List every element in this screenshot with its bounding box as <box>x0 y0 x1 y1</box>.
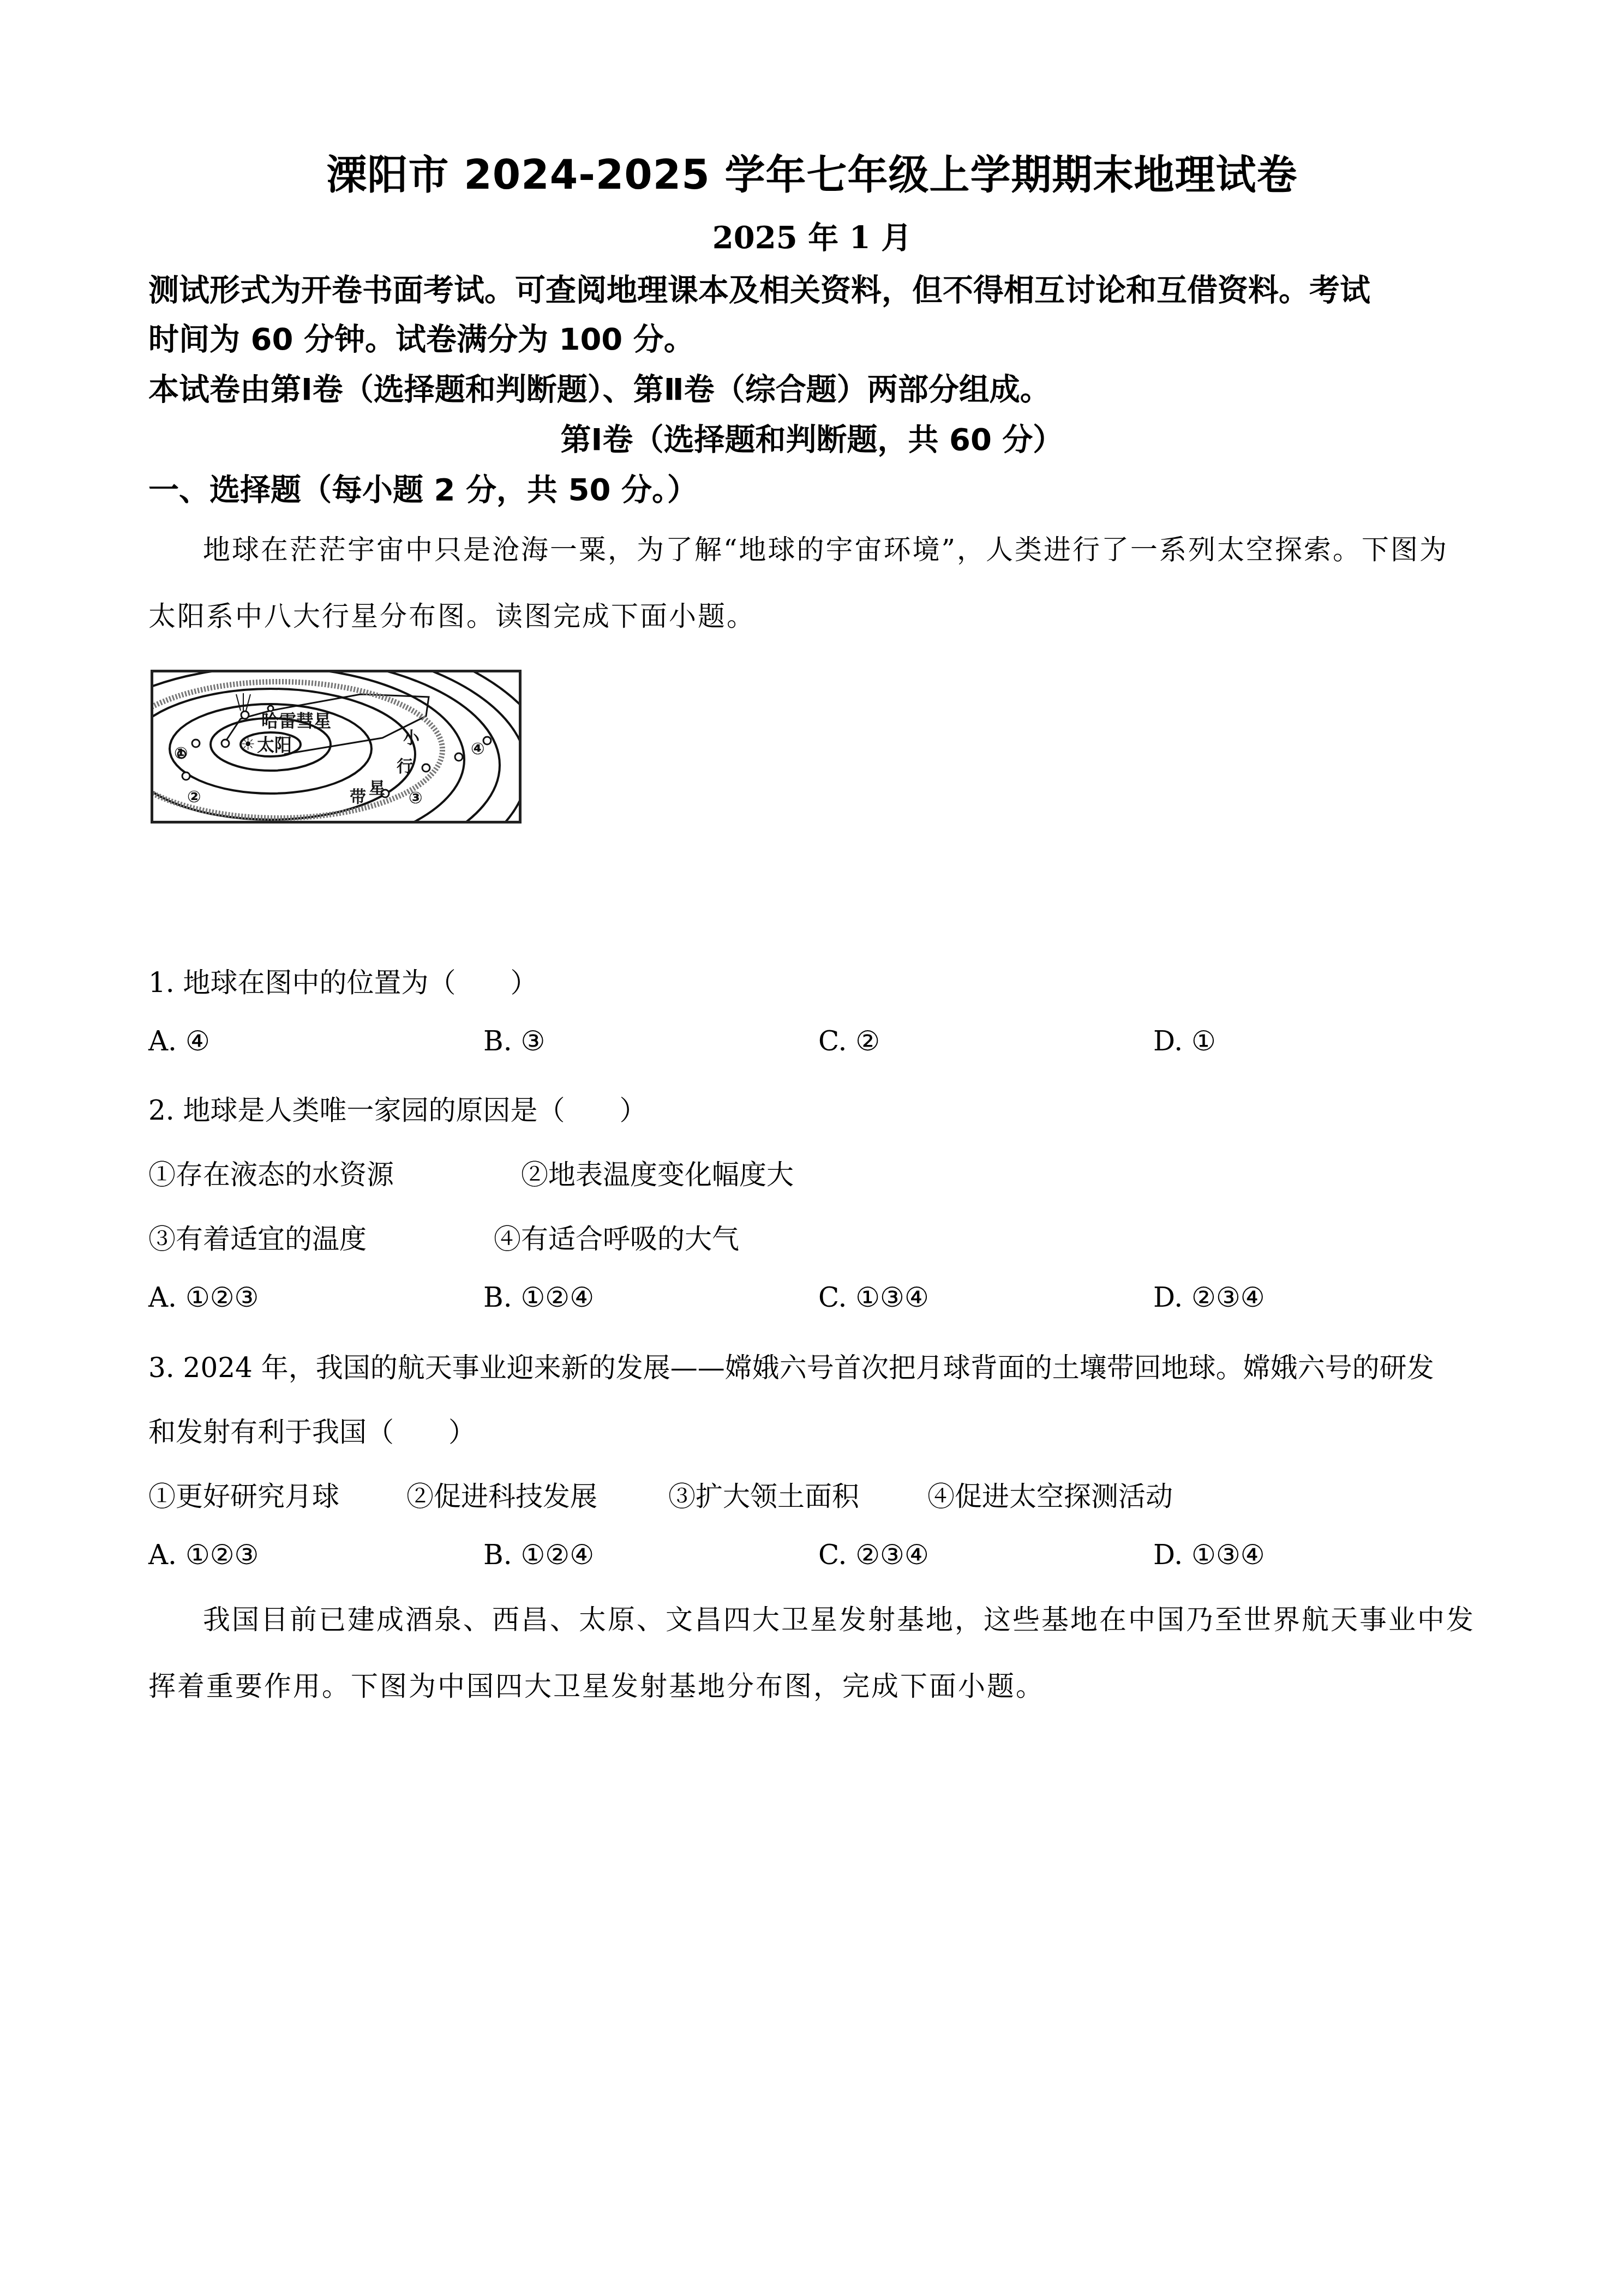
orbits-illustration: ☀ 太阳 哈雷彗星 小 行 星 带 ① ② ③ ④ <box>153 672 522 824</box>
question-2-statement-2: ②地表温度变化幅度大 <box>521 1153 794 1192</box>
question-1-option-b[interactable]: B. ③ <box>483 1025 545 1057</box>
svg-text:④: ④ <box>471 740 484 759</box>
question-3-stem-line-2: 和发射有利于我国（ ） <box>148 1410 476 1450</box>
passage1-line-1: 地球在茫茫宇宙中只是沧海一粟，为了解“地球的宇宙环境”，人类进行了一系列太空探索… <box>203 528 1448 567</box>
part1-heading: 第Ⅰ卷（选择题和判断题，共 60 分） <box>0 416 1624 459</box>
question-1-stem: 1. 地球在图中的位置为（ ） <box>148 961 538 1000</box>
question-3-statement-2: ②促进科技发展 <box>406 1475 597 1514</box>
question-1-option-c[interactable]: C. ② <box>818 1025 880 1057</box>
question-2-statement-3: ③有着适宜的温度 <box>148 1217 367 1257</box>
question-3-stem-line-1: 3. 2024 年，我国的航天事业迎来新的发展——嫦娥六号首次把月球背面的土壤带… <box>148 1346 1434 1385</box>
instructions-line-3: 本试卷由第Ⅰ卷（选择题和判断题）、第Ⅱ卷（综合题）两部分组成。 <box>148 365 1051 409</box>
svg-text:小: 小 <box>403 729 420 748</box>
svg-text:☀: ☀ <box>241 735 255 754</box>
question-2-option-b[interactable]: B. ①②④ <box>483 1282 594 1313</box>
passage1-line-2: 太阳系中八大行星分布图。读图完成下面小题。 <box>148 594 756 634</box>
passage2-line-2: 挥着重要作用。下图为中国四大卫星发射基地分布图，完成下面小题。 <box>148 1664 1045 1704</box>
question-2-option-c[interactable]: C. ①③④ <box>818 1282 929 1313</box>
exam-date: 2025 年 1 月 <box>0 214 1624 257</box>
solar-system-diagram: ☀ 太阳 哈雷彗星 小 行 星 带 ① ② ③ ④ <box>151 670 522 824</box>
question-3-option-b[interactable]: B. ①②④ <box>483 1539 594 1571</box>
question-2-option-a[interactable]: A. ①②③ <box>148 1282 259 1313</box>
svg-text:①: ① <box>174 744 188 763</box>
question-2-statement-1: ①存在液态的水资源 <box>148 1153 394 1192</box>
passage2-line-1: 我国目前已建成酒泉、西昌、太原、文昌四大卫星发射基地，这些基地在中国乃至世界航天… <box>203 1598 1475 1637</box>
question-1-option-a[interactable]: A. ④ <box>148 1025 210 1057</box>
svg-text:哈雷彗星: 哈雷彗星 <box>261 711 331 731</box>
instructions-line-2: 时间为 60 分钟。试卷满分为 100 分。 <box>148 315 694 359</box>
section-heading: 一、选择题（每小题 2 分，共 50 分。） <box>148 466 698 509</box>
question-2-statement-4: ④有适合呼吸的大气 <box>494 1217 739 1257</box>
svg-text:太阳: 太阳 <box>257 735 292 755</box>
question-3-option-a[interactable]: A. ①②③ <box>148 1539 259 1571</box>
question-3-option-d[interactable]: D. ①③④ <box>1153 1539 1265 1571</box>
question-2-option-d[interactable]: D. ②③④ <box>1153 1282 1265 1313</box>
svg-text:带: 带 <box>350 788 366 807</box>
question-2-stem: 2. 地球是人类唯一家园的原因是（ ） <box>148 1089 647 1128</box>
svg-text:行: 行 <box>397 757 413 776</box>
instructions-line-1: 测试形式为开卷书面考试。可查阅地理课本及相关资料，但不得相互讨论和互借资料。考试 <box>148 266 1370 310</box>
question-3-statement-4: ④促进太空探测活动 <box>927 1475 1173 1514</box>
question-1-option-d[interactable]: D. ① <box>1153 1025 1216 1057</box>
svg-text:③: ③ <box>409 789 422 808</box>
svg-text:②: ② <box>187 788 201 807</box>
svg-text:星: 星 <box>369 779 385 798</box>
exam-title: 溧阳市 2024-2025 学年七年级上学期期末地理试卷 <box>0 143 1624 201</box>
question-3-statement-1: ①更好研究月球 <box>148 1475 339 1514</box>
question-3-option-c[interactable]: C. ②③④ <box>818 1539 929 1571</box>
question-3-statement-3: ③扩大领土面积 <box>668 1475 859 1514</box>
